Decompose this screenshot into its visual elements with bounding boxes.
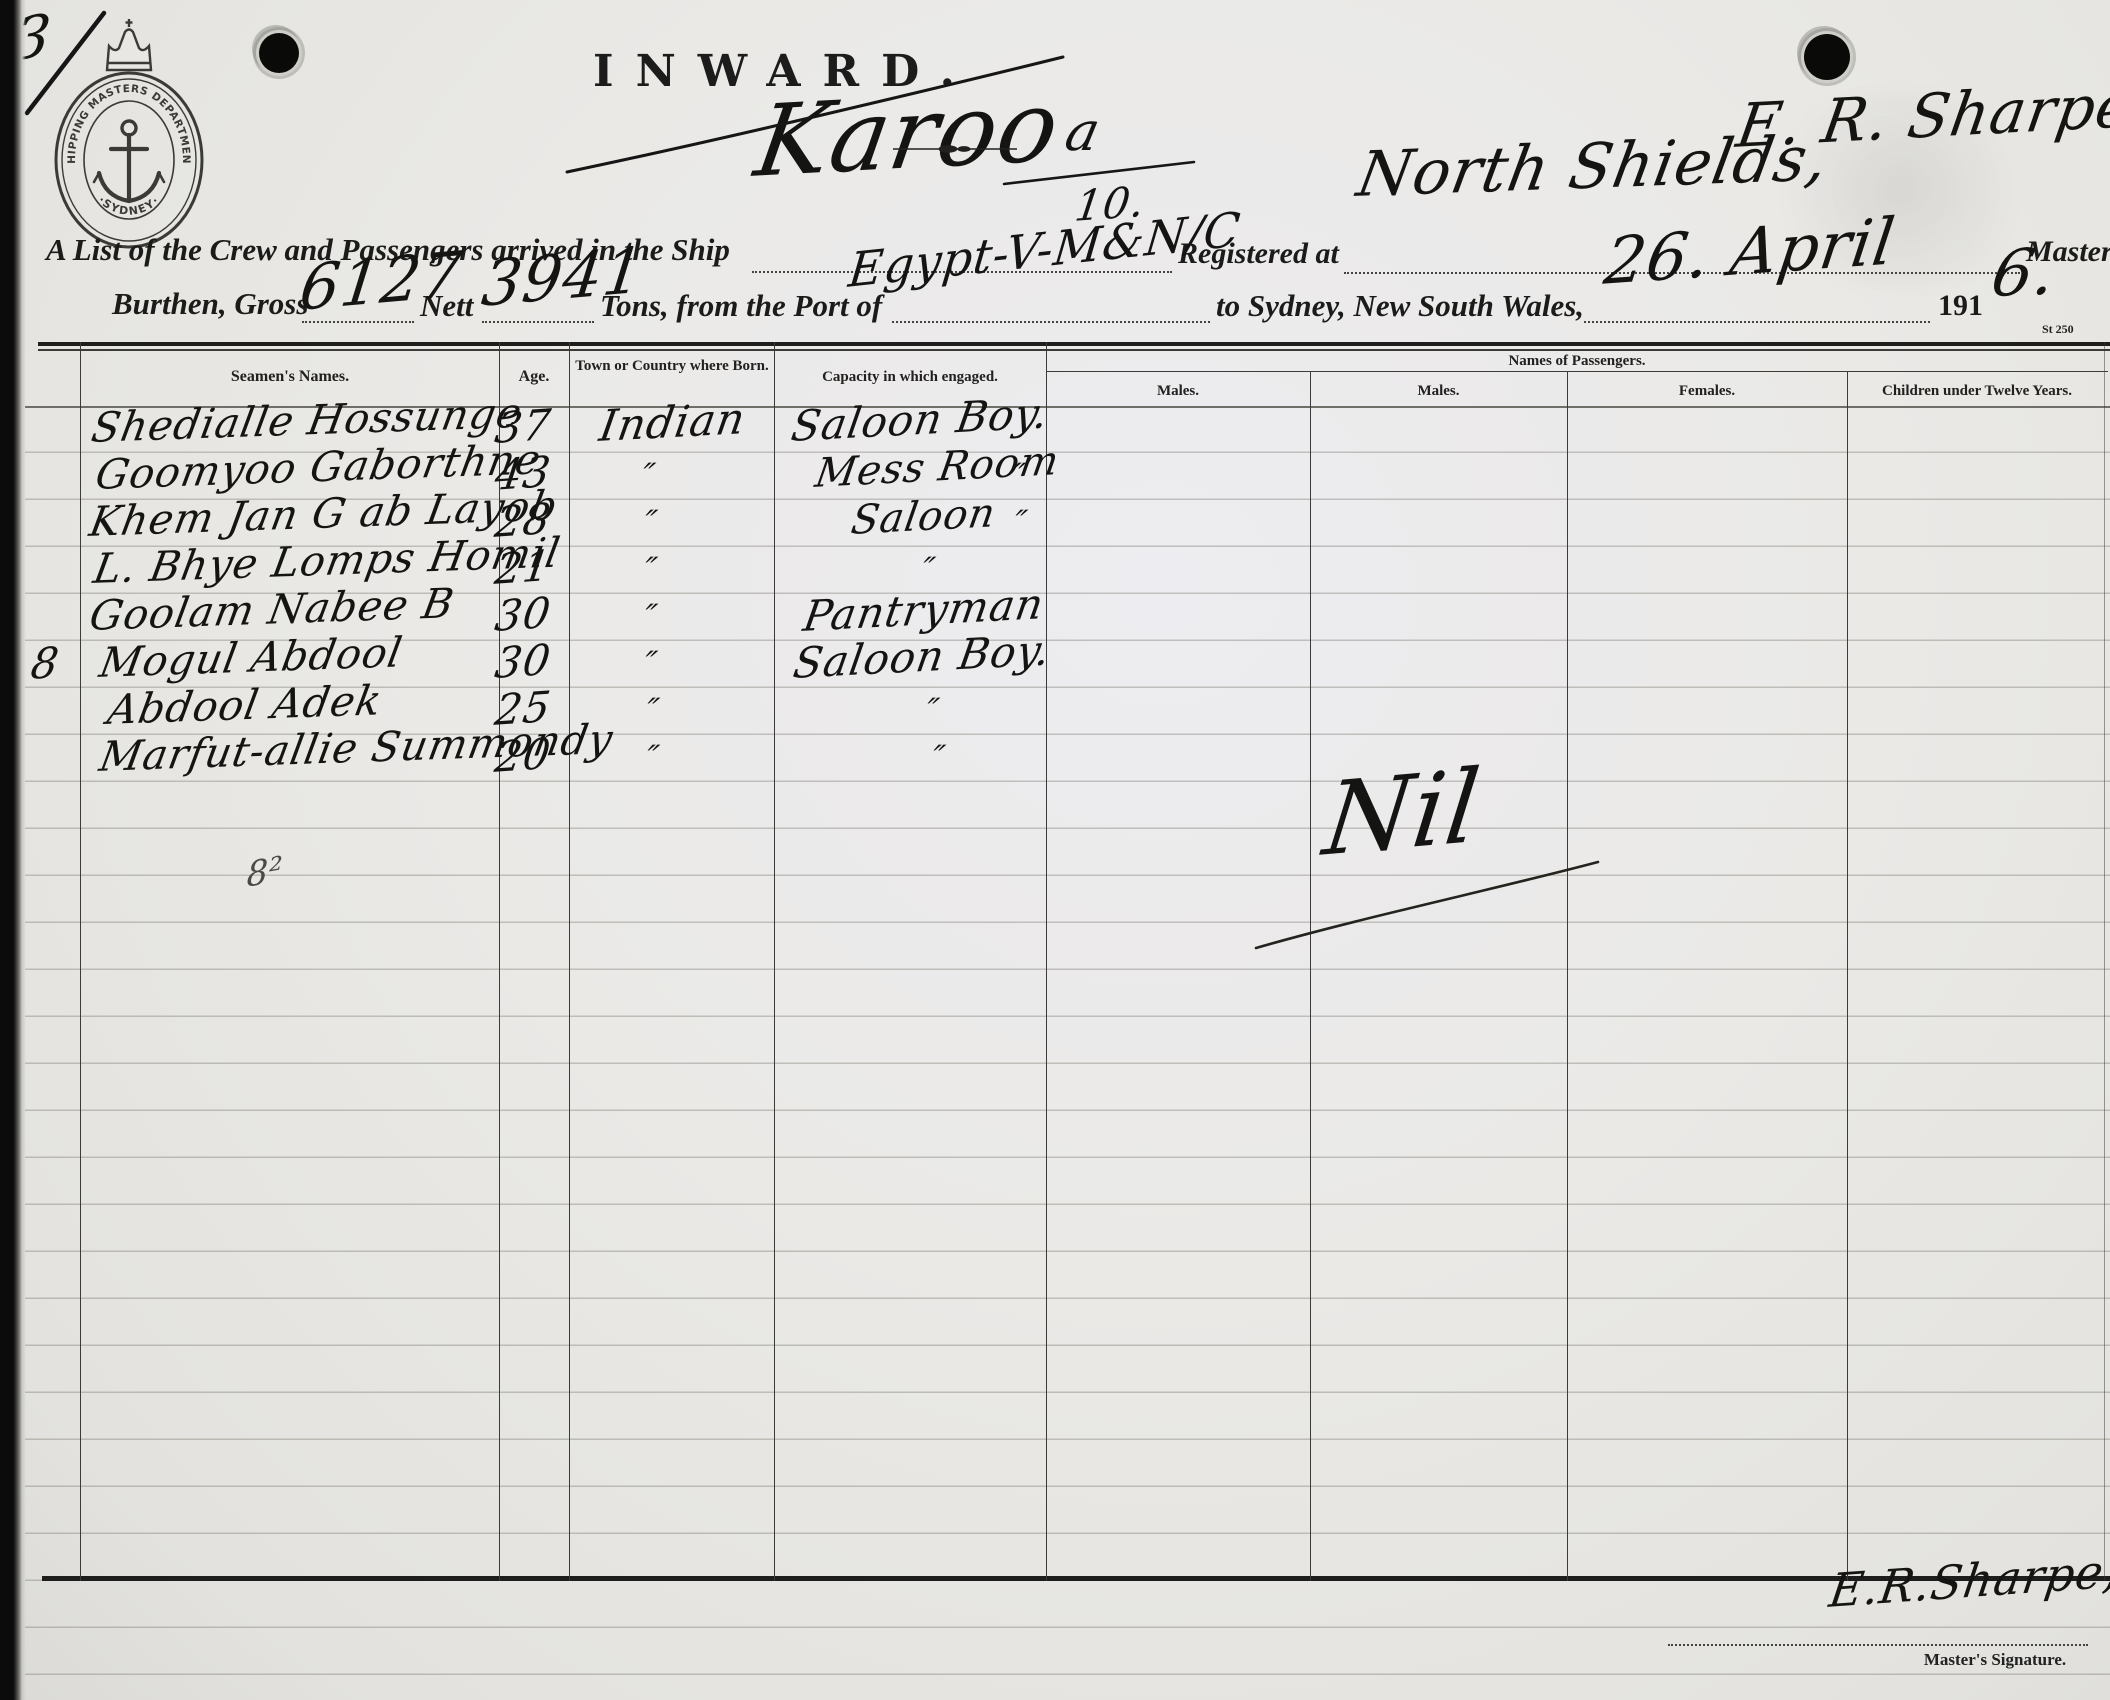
divider-males1-males2 [1310, 372, 1311, 1581]
year-handwritten: 6. [1986, 235, 2062, 312]
port-label: Tons, from the Port of [600, 288, 882, 324]
burthen-label: Burthen, Gross [112, 286, 308, 322]
divider-females-children [1847, 372, 1848, 1581]
master-name-value: E. R. Sharpe [1732, 71, 2110, 162]
gross-tons-value: 6127 [296, 237, 466, 325]
divider-capacity-passengers [1046, 342, 1047, 1581]
col-header-born: Town or Country where Born. [572, 357, 772, 375]
shipping-masters-seal: SHIPPING MASTERS DEPARTMENT ·SYDNEY· [48, 16, 210, 258]
divider-born-capacity [774, 342, 775, 1581]
table-bottom-rule [42, 1576, 2110, 1581]
crown-icon [107, 19, 151, 70]
col-header-seamens-names: Seamen's Names. [90, 368, 490, 386]
pencil-note: 8² [246, 849, 284, 896]
port-blank [892, 292, 1210, 323]
hole-punch-left [259, 33, 299, 73]
passengers-header-underline [1046, 371, 2108, 372]
table-border-right [2104, 342, 2105, 1581]
master-signature-label: Master's Signature. [1880, 1650, 2110, 1670]
col-header-passengers: Names of Passengers. [1046, 352, 2108, 370]
seaman-age: 20 [492, 729, 554, 782]
table-border-left [80, 342, 81, 1581]
col-header-males-1: Males. [1046, 382, 1310, 400]
signature-line [1668, 1612, 2088, 1646]
col-header-capacity: Capacity in which engaged. [776, 368, 1044, 386]
anchor-icon [94, 121, 164, 201]
seaman-age: 30 [492, 588, 554, 641]
seaman-age: 21 [492, 541, 554, 594]
table-top-rule [38, 342, 2110, 346]
nett-tons-value: 3941 [478, 233, 648, 321]
seaman-age: 30 [492, 635, 554, 688]
form-code: St 250 [2042, 322, 2074, 337]
col-header-age: Age. [499, 368, 569, 386]
destination-label: to Sydney, New South Wales, [1216, 288, 1584, 324]
scan-left-edge [0, 0, 26, 1700]
fraction-numerator: a [1060, 100, 1107, 163]
year-printed: 191 [1938, 289, 1983, 323]
ship-name-value: Karoo [748, 69, 1067, 200]
port-value: Egypt-V-M&N/C [846, 202, 1244, 299]
passengers-nil-entry: Nil [1318, 747, 1486, 879]
table-top-rule-2 [38, 349, 2110, 351]
divider-males2-females [1567, 372, 1568, 1581]
seaman-capacity: Saloon [848, 490, 999, 544]
col-header-children: Children under Twelve Years. [1847, 382, 2107, 400]
divider-age-born [569, 342, 570, 1581]
seaman-born: Indian [596, 394, 749, 452]
col-header-males-2: Males. [1310, 382, 1567, 400]
col-header-females: Females. [1567, 382, 1847, 400]
hole-punch-right [1804, 34, 1850, 80]
crew-list-document: 3 SHIPPING MASTERS DEPARTMENT ·SYDNEY· [0, 0, 2110, 1700]
arrival-date-value: 26. April [1600, 205, 1900, 300]
